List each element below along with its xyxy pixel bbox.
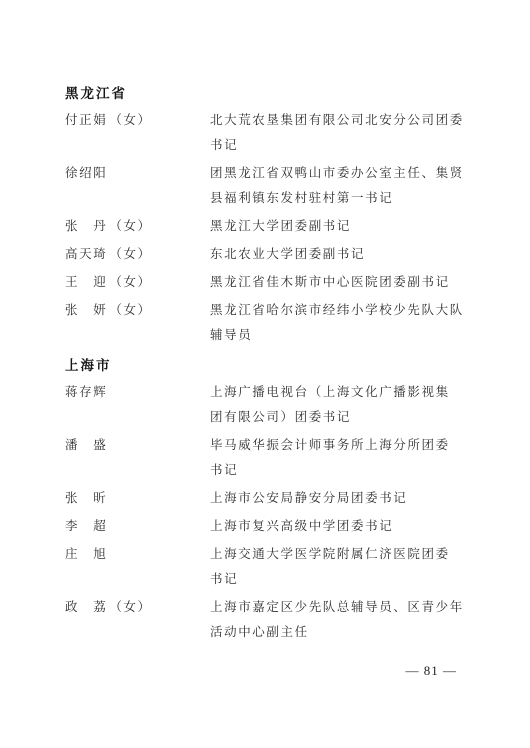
- person-position: 黑龙江省佳木斯市中心医院团委副书记: [210, 270, 472, 295]
- person-name: 蒋存辉: [65, 385, 107, 399]
- person-name-cell: 张 丹（女）: [65, 214, 210, 239]
- person-name-cell: 高天琦（女）: [65, 242, 210, 267]
- person-position: 北大荒农垦集团有限公司北安分公司团委 书记: [210, 108, 472, 158]
- section-heilongjiang: 黑龙江省 付正娟（女） 北大荒农垦集团有限公司北安分公司团委 书记 徐绍阳 团黑…: [65, 81, 475, 348]
- person-entry: 高天琦（女） 东北农业大学团委副书记: [65, 242, 475, 267]
- person-position: 上海广播电视台（上海文化广播影视集 团有限公司）团委书记: [210, 380, 472, 430]
- gender-marker: （女）: [109, 303, 151, 317]
- person-name-cell: 庄 旭: [65, 542, 210, 567]
- person-name-cell: 王 迎（女）: [65, 270, 210, 295]
- person-position: 上海交通大学医学院附属仁济医院团委 书记: [210, 542, 472, 592]
- person-entry: 王 迎（女） 黑龙江省佳木斯市中心医院团委副书记: [65, 270, 475, 295]
- person-name: 张 丹: [65, 219, 107, 233]
- person-name: 付正娟: [65, 113, 107, 127]
- person-name: 潘 盛: [65, 438, 107, 452]
- person-name-cell: 潘 盛: [65, 433, 210, 458]
- gender-marker: （女）: [109, 219, 151, 233]
- person-name: 庄 旭: [65, 547, 107, 561]
- person-name-cell: 李 超: [65, 514, 210, 539]
- person-position: 团黑龙江省双鸭山市委办公室主任、集贤 县福利镇东发村驻村第一书记: [210, 161, 472, 211]
- person-name-cell: 张 昕: [65, 486, 210, 511]
- person-entry: 张 丹（女） 黑龙江大学团委副书记: [65, 214, 475, 239]
- person-position: 上海市公安局静安分局团委书记: [210, 486, 472, 511]
- person-name-cell: 张 妍（女）: [65, 298, 210, 323]
- person-entry: 付正娟（女） 北大荒农垦集团有限公司北安分公司团委 书记: [65, 108, 475, 158]
- person-name-cell: 蒋存辉: [65, 380, 210, 405]
- person-name: 政 荔: [65, 600, 107, 614]
- section-heading: 上海市: [65, 353, 475, 378]
- person-position: 东北农业大学团委副书记: [210, 242, 472, 267]
- person-name: 李 超: [65, 519, 107, 533]
- person-name: 徐绍阳: [65, 166, 107, 180]
- document-body: 黑龙江省 付正娟（女） 北大荒农垦集团有限公司北安分公司团委 书记 徐绍阳 团黑…: [65, 81, 475, 648]
- page-number: — 81 —: [406, 663, 458, 679]
- person-name-cell: 政 荔（女）: [65, 595, 210, 620]
- person-position: 上海市嘉定区少先队总辅导员、区青少年 活动中心副主任: [210, 595, 472, 645]
- person-entry: 张 昕 上海市公安局静安分局团委书记: [65, 486, 475, 511]
- person-position: 上海市复兴高级中学团委书记: [210, 514, 472, 539]
- person-entry: 庄 旭 上海交通大学医学院附属仁济医院团委 书记: [65, 542, 475, 592]
- person-name: 高天琦: [65, 247, 107, 261]
- gender-marker: （女）: [109, 600, 151, 614]
- person-entry: 张 妍（女） 黑龙江省哈尔滨市经纬小学校少先队大队 辅导员: [65, 298, 475, 348]
- person-name: 张 昕: [65, 491, 107, 505]
- person-name: 张 妍: [65, 303, 107, 317]
- person-name: 王 迎: [65, 275, 107, 289]
- person-entry: 徐绍阳 团黑龙江省双鸭山市委办公室主任、集贤 县福利镇东发村驻村第一书记: [65, 161, 475, 211]
- section-heading: 黑龙江省: [65, 81, 475, 106]
- gender-marker: （女）: [109, 247, 151, 261]
- person-entry: 李 超 上海市复兴高级中学团委书记: [65, 514, 475, 539]
- section-shanghai: 上海市 蒋存辉 上海广播电视台（上海文化广播影视集 团有限公司）团委书记 潘 盛…: [65, 353, 475, 645]
- person-entry: 政 荔（女） 上海市嘉定区少先队总辅导员、区青少年 活动中心副主任: [65, 595, 475, 645]
- person-name-cell: 徐绍阳: [65, 161, 210, 186]
- person-name-cell: 付正娟（女）: [65, 108, 210, 133]
- person-position: 黑龙江省哈尔滨市经纬小学校少先队大队 辅导员: [210, 298, 472, 348]
- gender-marker: （女）: [109, 113, 151, 127]
- gender-marker: （女）: [109, 275, 151, 289]
- person-entry: 潘 盛 毕马威华振会计师事务所上海分所团委 书记: [65, 433, 475, 483]
- person-position: 毕马威华振会计师事务所上海分所团委 书记: [210, 433, 472, 483]
- person-position: 黑龙江大学团委副书记: [210, 214, 472, 239]
- person-entry: 蒋存辉 上海广播电视台（上海文化广播影视集 团有限公司）团委书记: [65, 380, 475, 430]
- document-page: 黑龙江省 付正娟（女） 北大荒农垦集团有限公司北安分公司团委 书记 徐绍阳 团黑…: [0, 0, 530, 748]
